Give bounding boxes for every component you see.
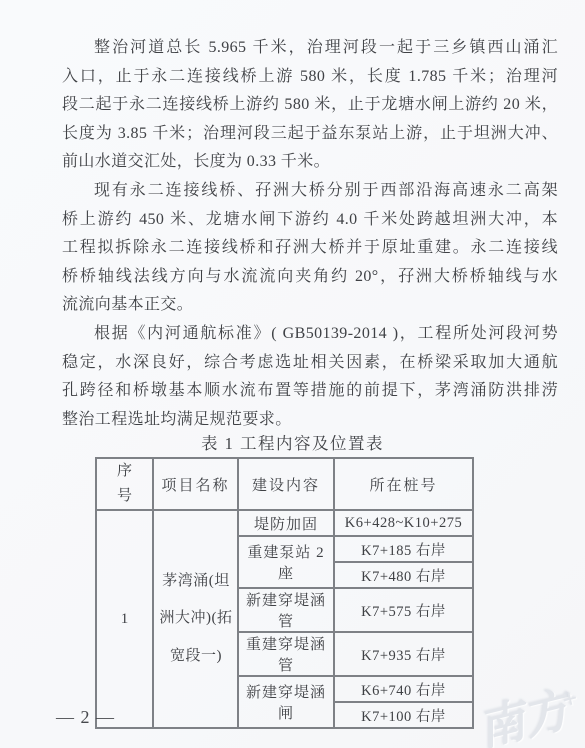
column-header: 序号 <box>96 458 153 510</box>
project-name-text: 茅湾涌(坦洲大冲)(拓宽段一) <box>156 563 236 676</box>
table-header-row: 序号项目名称建设内容所在桩号 <box>96 458 473 510</box>
table-caption: 表 1 工程内容及位置表 <box>0 430 585 454</box>
project-table: 序号项目名称建设内容所在桩号 1茅湾涌(坦洲大冲)(拓宽段一)堤防加固K6+42… <box>95 457 474 729</box>
text-line: 桥上游约 450 米、龙塘水闸下游约 4.0 千米处跨越坦洲大冲，本 <box>62 206 558 235</box>
text-line: 工程拟拆除永二连接线桥和孖洲大桥并于原址重建。永二连接线 <box>62 234 558 263</box>
stake-number-cell: K7+100 右岸 <box>334 702 473 728</box>
page-number: — 2 — <box>56 707 115 728</box>
column-header-text: 序号 <box>116 459 133 509</box>
text-line: 长度为 3.85 千米；治理河段三起于益东泵站上游，止于坦洲大冲、 <box>62 120 558 149</box>
text-line: 流流向基本正交。 <box>62 291 558 320</box>
stake-number-cell: K6+740 右岸 <box>334 676 473 702</box>
text-line: 孔跨径和桥墩基本顺水流布置等措施的前提下，茅湾涌防洪排涝 <box>62 377 558 406</box>
watermark-text: 南方 <box>473 684 575 748</box>
table-container: 序号项目名称建设内容所在桩号 1茅湾涌(坦洲大冲)(拓宽段一)堤防加固K6+42… <box>95 457 474 729</box>
text-line: 段二起于永二连接线桥上游约 580 米，止于龙塘水闸上游约 20 米， <box>62 91 558 120</box>
scanned-document-page: 整治河道总长 5.965 千米，治理河段一起于三乡镇西山涌汇入口，止于永二连接线… <box>0 0 585 748</box>
body-text: 整治河道总长 5.965 千米，治理河段一起于三乡镇西山涌汇入口，止于永二连接线… <box>62 34 558 434</box>
nanfang-plus-watermark: 南方+ <box>474 684 585 748</box>
text-line: 现有永二连接线桥、孖洲大桥分别于西部沿海高速永二高架 <box>62 177 558 206</box>
text-line: 根据《内河通航标准》( GB50139-2014 )，工程所处河段河势 <box>62 320 558 349</box>
construction-content-cell: 重建泵站 2 座 <box>238 536 334 588</box>
text-line: 稳定，水深良好，综合考虑选址相关因素，在桥梁采取加大通航 <box>62 349 558 378</box>
stake-number-cell: K7+575 右岸 <box>334 588 473 632</box>
stake-number-cell: K6+428~K10+275 <box>334 510 473 536</box>
table-row: 1茅湾涌(坦洲大冲)(拓宽段一)堤防加固K6+428~K10+275 <box>96 510 473 536</box>
construction-content-cell: 新建穿堤涵管 <box>238 588 334 632</box>
text-line: 入口，止于永二连接线桥上游 580 米，长度 1.785 千米；治理河 <box>62 63 558 92</box>
construction-content-cell: 堤防加固 <box>238 510 334 536</box>
column-header: 所在桩号 <box>334 458 473 510</box>
stake-number-cell: K7+185 右岸 <box>334 536 473 562</box>
stake-number-cell: K7+480 右岸 <box>334 562 473 588</box>
table-body: 1茅湾涌(坦洲大冲)(拓宽段一)堤防加固K6+428~K10+275重建泵站 2… <box>96 510 473 728</box>
construction-content-cell: 新建穿堤涵闸 <box>238 676 334 728</box>
column-header: 项目名称 <box>153 458 238 510</box>
stake-number-cell: K7+935 右岸 <box>334 632 473 676</box>
text-line: 桥桥轴线法线方向与水流流向夹角约 20°，孖洲大桥桥轴线与水 <box>62 263 558 292</box>
serial-number-cell: 1 <box>96 510 153 728</box>
construction-content-cell: 重建穿堤涵管 <box>238 632 334 676</box>
text-line: 前山水道交汇处，长度为 0.33 千米。 <box>62 148 558 177</box>
project-name-cell: 茅湾涌(坦洲大冲)(拓宽段一) <box>153 510 238 728</box>
column-header: 建设内容 <box>238 458 334 510</box>
text-line: 整治河道总长 5.965 千米，治理河段一起于三乡镇西山涌汇 <box>62 34 558 63</box>
